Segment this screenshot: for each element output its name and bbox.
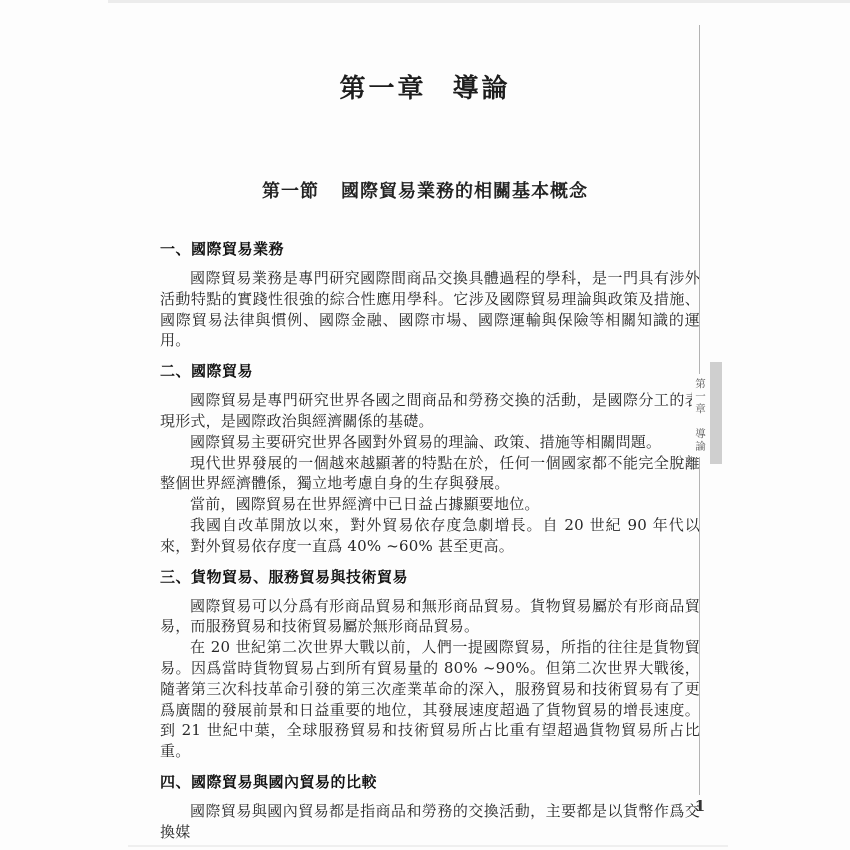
page-top-edge [108, 0, 850, 3]
section-title: 第一節國際貿易業務的相關基本概念 [0, 177, 850, 203]
chapter-title-name: 導論 [453, 74, 511, 104]
chapter-tab-marker [710, 362, 722, 464]
chapter-title-label: 第一章 [339, 74, 426, 104]
subsection-heading-1: 一、國際貿易業務 [160, 239, 700, 260]
subsection-heading-2: 二、國際貿易 [160, 361, 700, 382]
section-title-label: 第一節 [262, 181, 319, 202]
body-text: 一、國際貿易業務 國際貿易業務是專門研究國際間商品交換具體過程的學科，是一門具有… [160, 229, 700, 843]
section-title-name: 國際貿易業務的相關基本概念 [341, 181, 588, 202]
paragraph: 當前，國際貿易在世界經濟中已日益占據顯要地位。 [160, 494, 700, 515]
paragraph: 國際貿易業務是專門研究國際間商品交換具體過程的學科，是一門具有涉外活動特點的實踐… [160, 268, 700, 351]
paragraph: 國際貿易是專門研究世界各國之間商品和勞務交換的活動，是國際分工的表現形式，是國際… [160, 390, 700, 432]
paragraph: 國際貿易與國內貿易都是指商品和勞務的交換活動，主要都是以貨幣作爲交換媒 [160, 801, 700, 843]
book-page: 第一章導論 第一節國際貿易業務的相關基本概念 一、國際貿易業務 國際貿易業務是專… [0, 0, 850, 850]
chapter-title: 第一章導論 [0, 68, 850, 105]
subsection-heading-3: 三、貨物貿易、服務貿易與技術貿易 [160, 567, 700, 588]
page-bottom-edge [128, 845, 728, 847]
page-number: 1 [688, 797, 712, 815]
paragraph: 國際貿易可以分爲有形商品貿易和無形商品貿易。貨物貿易屬於有形商品貿易，而服務貿易… [160, 596, 700, 638]
paragraph: 現代世界發展的一個越來越顯著的特點在於，任何一個國家都不能完全脫離整個世界經濟體… [160, 453, 700, 495]
paragraph: 我國自改革開放以來，對外貿易依存度急劇增長。自 20 世紀 90 年代以來，對外… [160, 515, 700, 557]
paragraph: 在 20 世紀第二次世界大戰以前，人們一提國際貿易，所指的往往是貨物貿易。因爲當… [160, 637, 700, 762]
subsection-heading-4: 四、國際貿易與國內貿易的比較 [160, 772, 700, 793]
chapter-side-label: 第一章 導論 [692, 374, 708, 457]
paragraph: 國際貿易主要研究世界各國對外貿易的理論、政策、措施等相關問題。 [160, 432, 700, 453]
